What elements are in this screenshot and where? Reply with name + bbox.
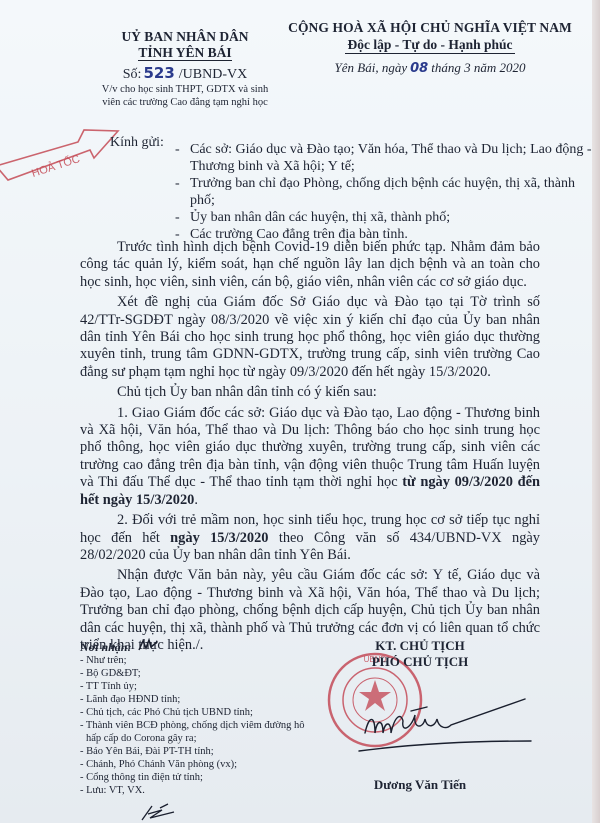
recipient-item: - Lưu: VT, VX. bbox=[80, 784, 320, 797]
handwritten-signature-icon bbox=[355, 685, 535, 755]
recipient-item: - TT Tỉnh ủy; bbox=[80, 680, 320, 693]
recipient-item: - Chủ tịch, các Phó Chủ tịch UBND tỉnh; bbox=[80, 706, 320, 719]
signatory-block: KT. CHỦ TỊCH PHÓ CHỦ TỊCH bbox=[340, 638, 500, 670]
number-suffix: /UBND-VX bbox=[179, 67, 247, 82]
nation-title: CỘNG HOÀ XÃ HỘI CHỦ NGHĨA VIỆT NAM bbox=[280, 20, 580, 36]
issuer-header: UỶ BAN NHÂN DÂN TỈNH YÊN BÁI Số:523/UBND… bbox=[96, 29, 274, 109]
recipients-title: Nơi nhận: bbox=[80, 640, 320, 654]
initials-mark-icon bbox=[137, 638, 159, 652]
item-2-date: ngày 15/3/2020 bbox=[170, 530, 268, 546]
svg-text:HOẢ TỐC: HOẢ TỐC bbox=[30, 151, 82, 180]
recipient-item: - Bộ GD&ĐT; bbox=[80, 667, 320, 680]
initials-mark-icon bbox=[138, 802, 188, 822]
addressee-item: Ủy ban nhân dân các huyện, thị xã, thành… bbox=[175, 209, 595, 226]
recipient-item: - Báo Yên Bái, Đài PT-TH tỉnh; bbox=[80, 745, 320, 758]
issue-date: Yên Bái, ngày08tháng 3 năm 2020 bbox=[280, 60, 580, 76]
recipient-item: - Chánh, Phó Chánh Văn phòng (vx); bbox=[80, 758, 320, 771]
number-prefix: Số: bbox=[123, 67, 142, 82]
addressee-item: Các sở: Giáo dục và Đào tạo; Văn hóa, Th… bbox=[175, 141, 595, 175]
recipient-item: - Lãnh đạo HĐND tỉnh; bbox=[80, 693, 320, 706]
date-suffix: tháng 3 năm 2020 bbox=[431, 60, 525, 75]
addressee-list: Các sở: Giáo dục và Đào tạo; Văn hóa, Th… bbox=[175, 141, 595, 243]
document-number: Số:523/UBND-VX bbox=[96, 65, 274, 83]
issuer-org-line2: TỈNH YÊN BÁI bbox=[138, 45, 231, 61]
subject-line1: V/v cho học sinh THPT, GDTX và sinh bbox=[96, 84, 274, 96]
body-paragraph: Xét đề nghị của Giám đốc Sở Giáo dục và … bbox=[80, 294, 540, 381]
item-1-end: . bbox=[194, 492, 198, 508]
subject-line2: viên các trường Cao đẳng tạm nghỉ học bbox=[96, 97, 274, 109]
body-paragraph: Trước tình hình dịch bệnh Covid-19 diễn … bbox=[80, 239, 540, 291]
recipient-item: - Thành viên BCĐ phòng, chống dịch viêm … bbox=[80, 719, 320, 745]
national-header: CỘNG HOÀ XÃ HỘI CHỦ NGHĨA VIỆT NAM Độc l… bbox=[280, 20, 580, 76]
body-paragraph: Chủ tịch Ủy ban nhân dân tỉnh có ý kiến … bbox=[80, 384, 540, 401]
page-edge bbox=[592, 0, 600, 823]
signatory-name: Dương Văn Tiến bbox=[340, 777, 500, 793]
recipient-item: - Cổng thông tin điện tử tỉnh; bbox=[80, 771, 320, 784]
addressee-label: Kính gửi: bbox=[110, 135, 164, 151]
signatory-role-line2: PHÓ CHỦ TỊCH bbox=[340, 654, 500, 670]
recipients-block: Nơi nhận: - Như trên; - Bộ GD&ĐT; - TT T… bbox=[80, 640, 320, 797]
recipient-item: - Như trên; bbox=[80, 654, 320, 667]
addressee-item: Trưởng ban chỉ đạo Phòng, chống dịch bện… bbox=[175, 175, 595, 209]
issuer-org-line1: UỶ BAN NHÂN DÂN bbox=[96, 29, 274, 44]
document-body: Trước tình hình dịch bệnh Covid-19 diễn … bbox=[80, 239, 540, 657]
date-prefix: Yên Bái, ngày bbox=[335, 60, 408, 75]
body-paragraph-item-2: 2. Đối với trẻ mầm non, học sinh tiểu họ… bbox=[80, 512, 540, 564]
number-handwritten: 523 bbox=[143, 64, 174, 82]
document-page: UỶ BAN NHÂN DÂN TỈNH YÊN BÁI Số:523/UBND… bbox=[0, 0, 592, 823]
signatory-role-line1: KT. CHỦ TỊCH bbox=[340, 638, 500, 654]
body-paragraph-item-1: 1. Giao Giám đốc các sở: Giáo dục và Đào… bbox=[80, 405, 540, 509]
date-day-handwritten: 08 bbox=[410, 61, 428, 76]
priority-stamp-icon: HOẢ TỐC bbox=[0, 124, 124, 184]
national-motto: Độc lập - Tự do - Hạnh phúc bbox=[345, 37, 514, 54]
